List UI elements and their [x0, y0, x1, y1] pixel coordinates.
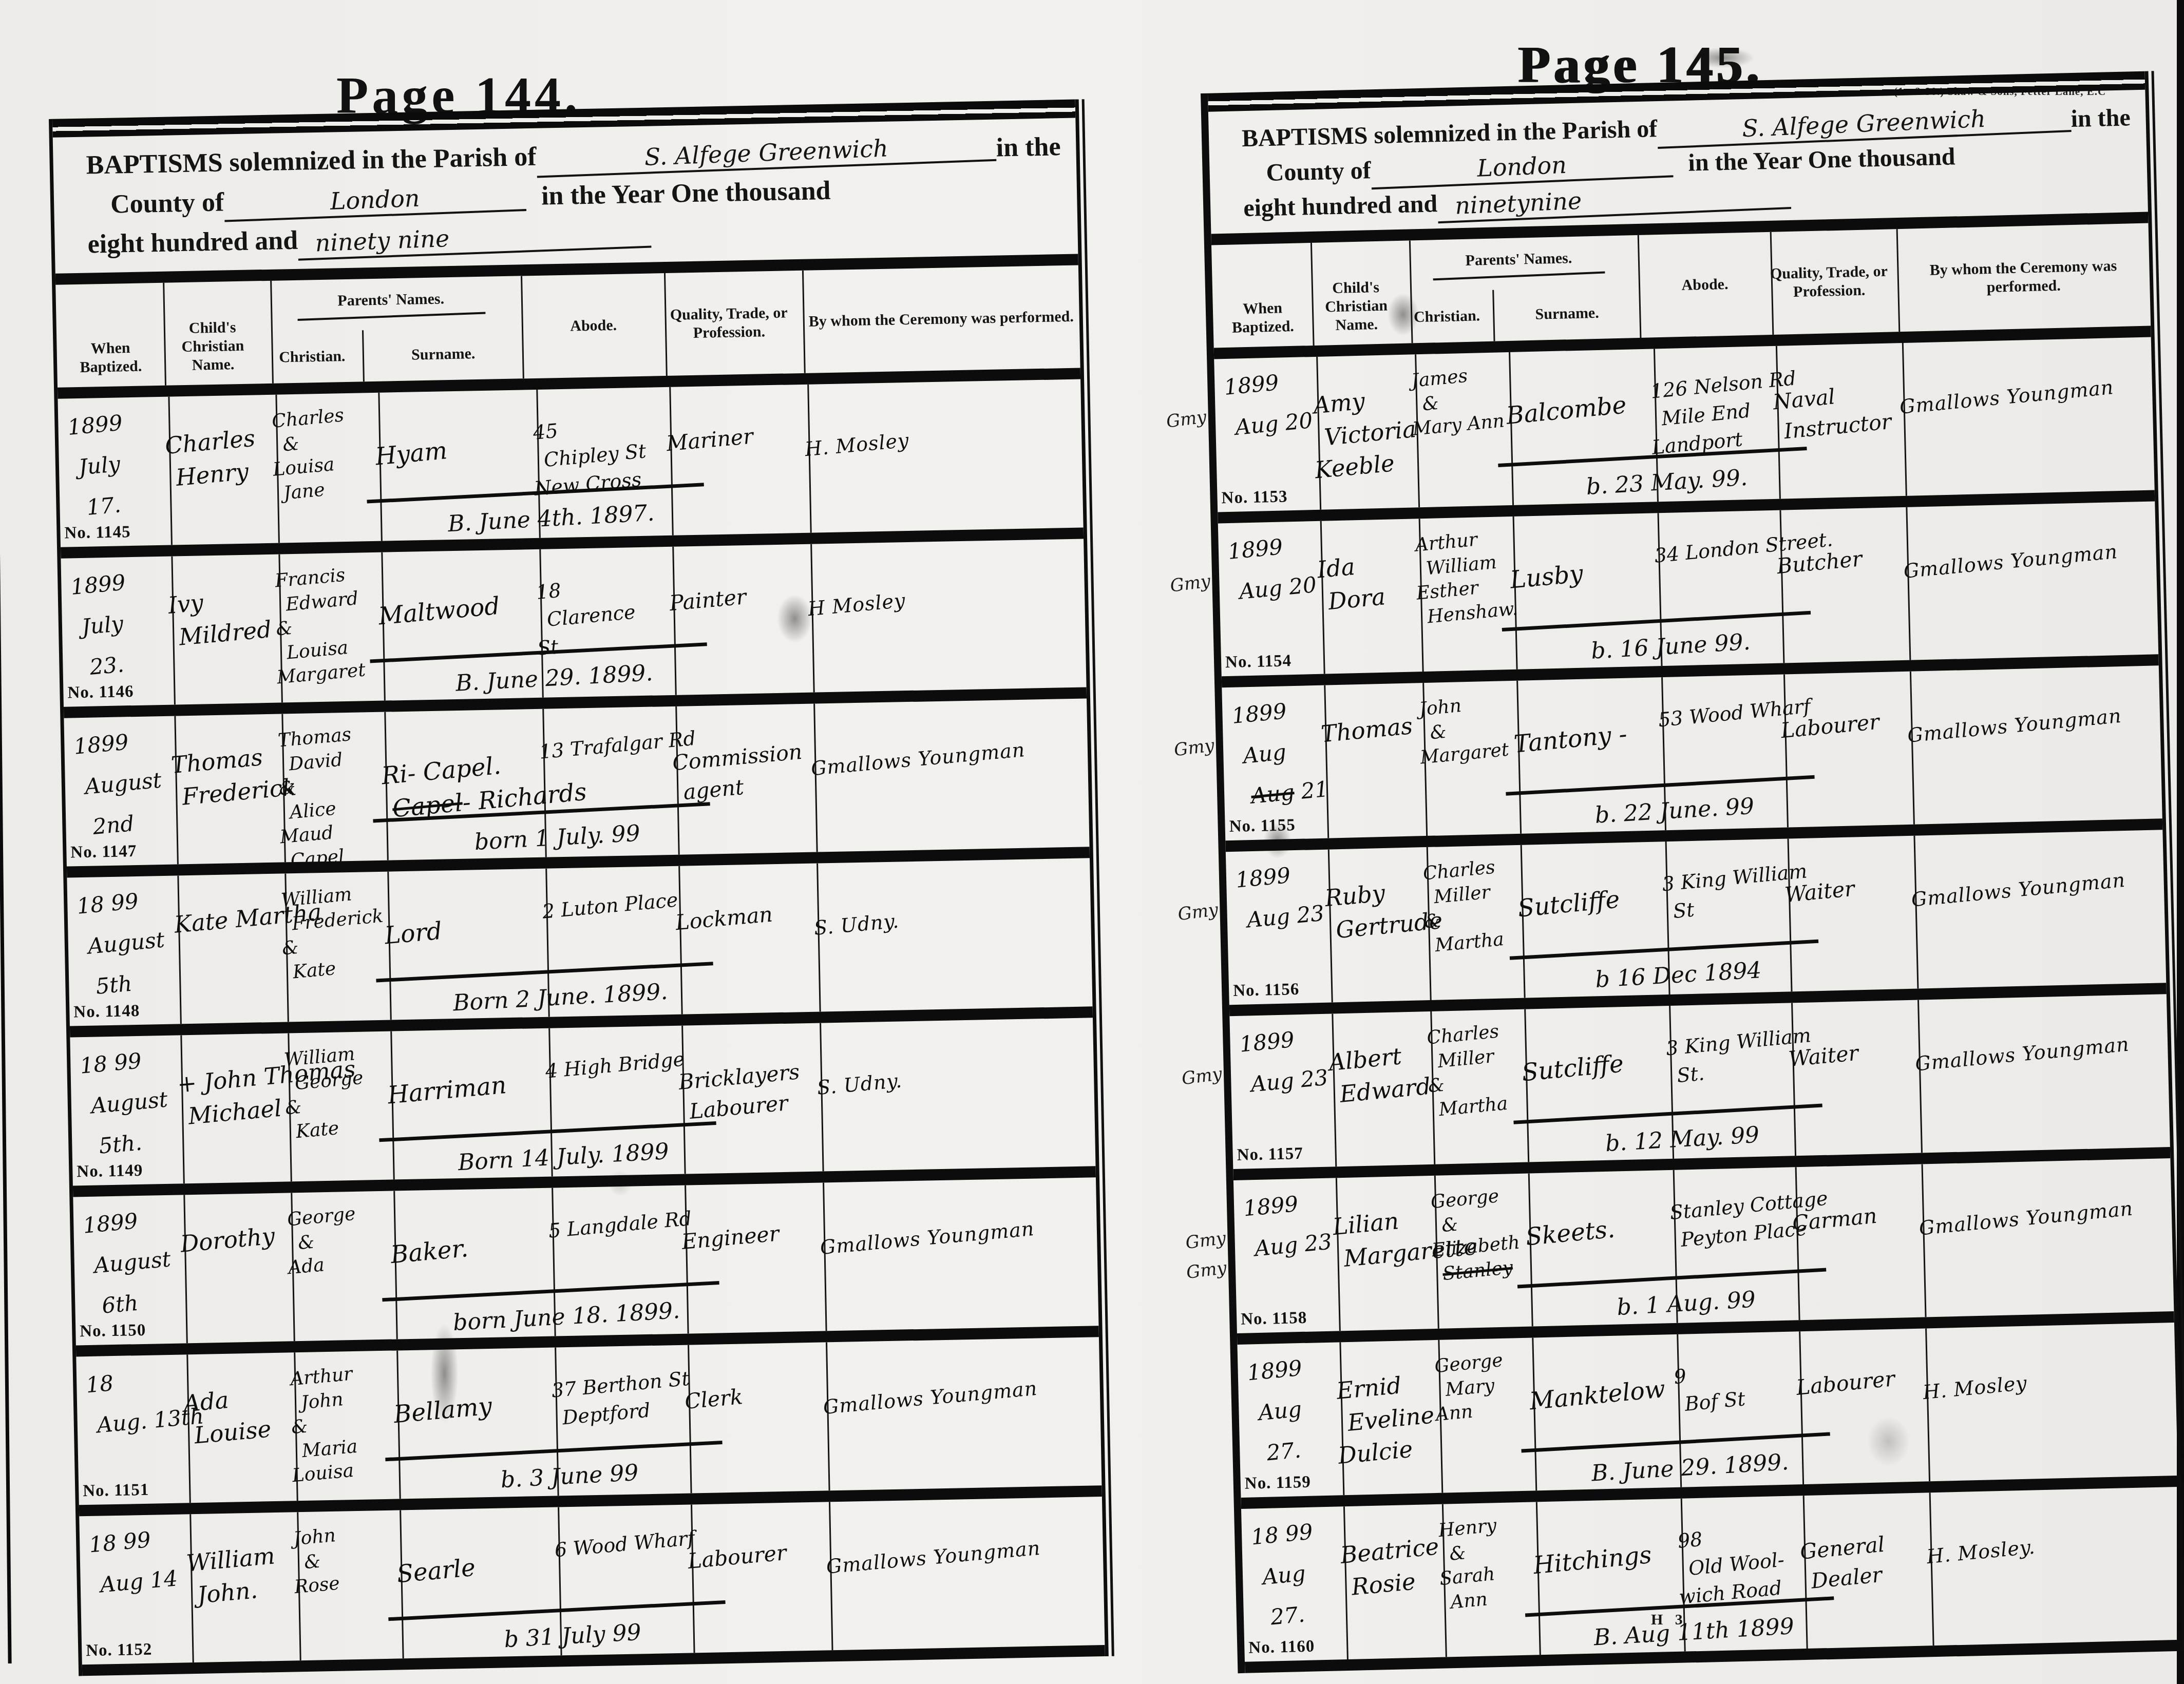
handwritten-line: Aug 14	[99, 1564, 188, 1598]
handwritten-line: Dorothy	[179, 1221, 289, 1258]
col-parents-names: Parents' Names. Christian. Surname.	[260, 276, 525, 384]
baptism-register-page-144: BAPTISMS solemnized in the Parish of S. …	[49, 99, 1109, 1676]
col-abode: Abode.	[1638, 232, 1774, 338]
parents-group-rule	[297, 312, 485, 321]
handwritten-line: Maltwood	[377, 588, 538, 631]
register-row: 1899Aug 20No. 1153AmyVictoriaKeebleJames…	[1214, 337, 2155, 524]
handwritten-line: Labourer	[1795, 1363, 1923, 1401]
handwritten-line: Hyam	[374, 428, 535, 472]
handwritten-line: 2nd	[91, 807, 173, 840]
handwritten-line: Skeets.	[1524, 1209, 1672, 1252]
entry-number: No. 1151	[83, 1481, 149, 1501]
cell-child: + John ThomasMichael	[167, 1033, 293, 1184]
handwritten-line: Mariner	[666, 419, 805, 457]
handwritten-line: Clerk	[684, 1376, 824, 1414]
cell-bywhom: Gmallows Youngman	[1889, 337, 2168, 496]
margin-initials: Gmy	[1181, 1064, 1223, 1089]
handwritten-line: Lusby	[1509, 552, 1656, 595]
handwritten-line: 5th.	[98, 1126, 179, 1160]
handwritten-line: Ada	[182, 1381, 292, 1418]
cell-bywhom: H. Mosley	[794, 379, 1096, 533]
register-row: 1899July23.No. 1146IvyMildredFrancisEdwa…	[61, 539, 1087, 718]
handwritten-line: 1899	[1246, 1352, 1337, 1386]
handwritten-line: Amy	[1312, 383, 1413, 420]
handwritten-line: 18 99	[1250, 1516, 1341, 1550]
entry-number: No. 1145	[64, 523, 131, 543]
heading-printed: in the Year One thousand	[541, 176, 831, 212]
entry-number: No. 1146	[67, 682, 134, 702]
handwritten-line: Aug 20	[1238, 571, 1319, 605]
handwritten-line: 53 Wood Wharf	[1658, 697, 1781, 732]
handwritten-line: Lockman	[675, 897, 814, 935]
handwritten-line: 18	[85, 1364, 184, 1399]
cell-bywhom: Gmallows Youngman	[815, 1497, 1118, 1651]
entry-number: No. 1147	[70, 842, 137, 862]
col-when-baptized: When Baptized.	[1211, 243, 1315, 348]
handwritten-line: 5th	[94, 967, 176, 1000]
handwritten-line: H. Mosley.	[1926, 1521, 2184, 1569]
handwritten-line: Ida	[1316, 547, 1417, 585]
handwritten-line: 5 Langdale Rd	[547, 1208, 682, 1243]
cell-bywhom: Gmallows Youngman	[1908, 1158, 2184, 1317]
handwritten-line: H. Mosley	[804, 412, 1091, 462]
register-row: 1899Aug 23No. 1156RubyGertrudeCharlesMil…	[1226, 830, 2167, 1016]
handwritten-line: July	[81, 606, 169, 640]
register-row: 1899July17.No. 1145CharlesHenryCharles&L…	[58, 379, 1084, 559]
entry-number: No. 1148	[73, 1002, 140, 1022]
handwritten-line: Mildred	[178, 615, 277, 652]
handwritten-line: Peyton Place	[1680, 1218, 1793, 1252]
handwritten-line: Tantony -	[1512, 717, 1660, 759]
handwritten-line: Gmallows Youngman	[825, 1529, 1113, 1579]
handwritten-line: 1899	[66, 406, 165, 441]
heading-printed: in the Year One thousand	[1688, 142, 1955, 177]
handwritten-line: agent	[682, 768, 812, 805]
handwritten-line: 17.	[85, 488, 167, 521]
county-name-handwritten: London	[1371, 146, 1674, 189]
cell-child: WilliamJohn.	[176, 1512, 301, 1663]
register-row: 1899Aug 23No. 1158LilianMargaretteGeorge…	[1233, 1158, 2174, 1345]
handwritten-line: Gmallows Youngman	[1918, 1192, 2181, 1240]
col-by-whom: By whom the Ceremony was performed.	[792, 265, 1090, 373]
handwritten-line: 1899	[1235, 859, 1325, 893]
handwritten-line: Aug	[1242, 736, 1322, 769]
handwritten-line: Keeble	[1314, 448, 1414, 485]
handwritten-line: Lord	[383, 907, 544, 951]
handwritten-line: 1899	[1223, 366, 1314, 400]
handwritten-line: 1899	[1227, 530, 1318, 565]
handwritten-line: Beatrice	[1339, 1533, 1440, 1570]
cell-child: IvyMildred	[158, 554, 283, 705]
cell-bywhom: Gmallows Youngman	[812, 1337, 1115, 1491]
heading-printed: County of	[1266, 156, 1371, 187]
handwritten-line: Gmallows Youngman	[810, 732, 1097, 781]
handwritten-line: Butcher	[1776, 542, 1904, 580]
col-abode: Abode.	[521, 273, 668, 378]
handwritten-line: Thomas	[170, 742, 279, 779]
county-name-handwritten: London	[223, 180, 526, 222]
handwritten-line: Henry	[175, 455, 274, 492]
sheet-signature-mark: H 3	[1651, 1611, 1687, 1629]
handwritten-line: Aug. 13th	[96, 1405, 185, 1439]
cell-bywhom: Gmallows Youngman	[1904, 994, 2183, 1154]
handwritten-line: S. Udny.	[813, 891, 1100, 941]
handwritten-line: 1899	[82, 1204, 181, 1239]
handwritten-line: Victoria	[1323, 415, 1414, 452]
handwritten-line: Waiter	[1787, 1035, 1915, 1072]
handwritten-line: 1899	[69, 565, 168, 600]
handwritten-line: John.	[196, 1573, 295, 1610]
handwritten-line: Bellamy	[392, 1386, 553, 1430]
register-row: 1899August2ndNo. 1147ThomasFrederickThom…	[64, 698, 1090, 877]
handwritten-line: Instructor	[1782, 408, 1901, 444]
parish-name-handwritten: S. Alfege Greenwich	[536, 130, 997, 178]
col-childs-name: Child's Christian Name.	[1300, 240, 1413, 346]
col-quality: Quality, Trade, or Profession.	[654, 271, 806, 376]
handwritten-line: Sutcliffe	[1516, 881, 1664, 924]
handwritten-line: Sutcliffe	[1520, 1045, 1667, 1087]
cell-child: Dorothy	[170, 1193, 296, 1344]
register-row: 1899Aug 23No. 1157AlbertEdwardCharlesMil…	[1229, 994, 2170, 1180]
register-row: 18 99Aug27.No. 1160BeatriceRosieHenry&Sa…	[1241, 1487, 2182, 1673]
handwritten-line: Labourer	[1779, 706, 1908, 743]
handwritten-line: Charles	[164, 423, 273, 461]
heading-printed: BAPTISMS solemnized in the Parish of	[86, 142, 537, 181]
entry-number: No. 1158	[1241, 1309, 1307, 1329]
entry-number: No. 1155	[1229, 816, 1296, 836]
handwritten-line: Deptford	[561, 1395, 686, 1430]
handwritten-line: Albert	[1328, 1040, 1429, 1078]
handwritten-line: 1899	[1242, 1188, 1333, 1222]
handwritten-line: St	[1672, 890, 1786, 924]
handwritten-line: Bof St	[1684, 1382, 1797, 1416]
handwritten-line: Ernid	[1336, 1368, 1436, 1406]
parents-group-label: Parents' Names.	[337, 290, 444, 310]
cell-bywhom: Gmallows Youngman	[1896, 665, 2176, 825]
handwritten-line: Carman	[1791, 1199, 1920, 1236]
handwritten-line: Gmallows Youngman	[822, 1370, 1110, 1419]
handwritten-line: Edward	[1339, 1073, 1429, 1109]
entry-number: No. 1149	[77, 1161, 143, 1181]
cell-bywhom: H Mosley	[797, 539, 1099, 693]
handwritten-line: 6 Wood Wharf	[554, 1527, 688, 1562]
handwritten-line: Gmallows Youngman	[1914, 1028, 2177, 1076]
handwritten-line: Balcombe	[1505, 388, 1652, 431]
cell-bywhom: S. Udny.	[806, 1018, 1109, 1172]
parents-group-label: Parents' Names.	[1465, 249, 1572, 270]
handwritten-line: H. Mosley	[1922, 1356, 2184, 1405]
cell-child: AdaLouise	[173, 1352, 298, 1503]
margin-initials: Gmy	[1176, 900, 1219, 925]
handwritten-line: + John Thomas	[176, 1061, 286, 1099]
col-quality: Quality, Trade, or Profession.	[1759, 229, 1900, 335]
cell-bywhom: Gmallows Youngman	[800, 698, 1103, 852]
handwritten-line: Kate Martha	[173, 902, 282, 939]
handwritten-line: Labourer	[689, 1087, 818, 1124]
handwritten-line: William	[185, 1540, 295, 1578]
handwritten-line: Eveline	[1346, 1401, 1437, 1438]
entry-number: No. 1160	[1248, 1637, 1315, 1658]
handwritten-line: H Mosley	[807, 572, 1094, 621]
handwritten-line: Aug	[1257, 1392, 1338, 1426]
cell-bywhom: Gmallows Youngman	[1900, 830, 2179, 989]
cell-bywhom: H. Mosley	[1912, 1322, 2184, 1482]
handwritten-line: Ivy	[167, 583, 276, 620]
handwritten-line: Louise	[193, 1413, 292, 1450]
entry-number: No. 1152	[86, 1640, 153, 1660]
entry-number: No. 1157	[1237, 1144, 1303, 1165]
col-surname: Surname.	[1493, 286, 1640, 341]
handwritten-line: Gmallows Youngman	[1910, 864, 2174, 912]
handwritten-line: Labourer	[687, 1536, 827, 1574]
handwritten-line: Dora	[1327, 580, 1417, 616]
cell-bywhom: H. Mosley.	[1916, 1486, 2184, 1646]
col-christian: Christian.	[261, 330, 363, 384]
heading-printed: BAPTISMS solemnized in the Parish of	[1241, 114, 1657, 152]
handwritten-line: Thomas	[1320, 712, 1421, 749]
handwritten-line: Lilian	[1332, 1204, 1432, 1241]
scan-edge-left	[0, 128, 12, 1663]
handwritten-line: Aug 23	[1249, 1064, 1330, 1098]
handwritten-line: Manktelow	[1528, 1373, 1675, 1416]
handwritten-line: Margarette	[1343, 1237, 1433, 1273]
heading-printed: County of	[110, 187, 224, 219]
handwritten-line: Aug 23	[1246, 900, 1326, 933]
heading-printed: in the	[2071, 103, 2131, 133]
handwritten-line: S. Udny.	[816, 1051, 1104, 1100]
entries-page-145: 1899Aug 20No. 1153AmyVictoriaKeebleJames…	[1214, 337, 2182, 1673]
handwritten-line: Gmallows Youngman	[1903, 535, 2166, 583]
handwritten-line: Painter	[669, 579, 808, 617]
register-row: 1899August6thNo. 1150DorothyGeorge&AdaBa…	[73, 1177, 1099, 1356]
handwritten-line: Searle	[395, 1546, 556, 1590]
handwritten-line: August	[93, 1245, 182, 1279]
handwritten-line: 2 Luton Place	[541, 888, 676, 924]
handwritten-line: Aug 23	[1254, 1229, 1334, 1262]
handwritten-line: 1899	[72, 725, 172, 760]
handwritten-line: 13 Trafalgar Rd	[538, 729, 673, 764]
cell-child: Kate Martha	[164, 873, 290, 1024]
handwritten-line: 23.	[88, 647, 170, 681]
register-row: 18 99August5th.No. 1149+ John ThomasMich…	[70, 1018, 1096, 1197]
heading-printed: eight hundred and	[1243, 189, 1438, 222]
handwritten-line: Gmallows Youngman	[1906, 699, 2170, 748]
handwritten-line: Dealer	[1810, 1558, 1928, 1594]
handwritten-line: 1899	[1230, 695, 1321, 729]
year-words-handwritten: ninety nine	[297, 217, 652, 261]
handwritten-line: 1899	[1238, 1023, 1329, 1058]
handwritten-line: 18 99	[75, 885, 175, 920]
entries-page-144: 1899July17.No. 1145CharlesHenryCharles&L…	[58, 379, 1105, 1676]
handwritten-line: Aug	[1261, 1557, 1342, 1590]
col-parents-names: Parents' Names. Christian. Surname.	[1399, 235, 1642, 343]
handwritten-line: 18 99	[88, 1523, 187, 1558]
heading-printed: eight hundred and	[87, 225, 298, 260]
handwritten-line: Dulcie	[1337, 1433, 1438, 1470]
heading-printed: in the	[996, 131, 1061, 163]
register-row: 1899Aug27.No. 1159ErnidEvelineDulcieGeor…	[1237, 1323, 2178, 1509]
margin-initials: Gmy	[1184, 1228, 1227, 1254]
cell-child: ThomasFrederick	[161, 714, 287, 865]
handwritten-line: 18 99	[79, 1044, 178, 1079]
handwritten-line: August	[90, 1085, 179, 1119]
entry-number: No. 1150	[80, 1321, 146, 1341]
handwritten-line: Frederick	[181, 775, 280, 811]
cell-child: CharlesHenry	[155, 395, 280, 546]
column-headers: When Baptized. Child's Christian Name. P…	[55, 265, 1080, 388]
register-heading: BAPTISMS solemnized in the Parish of S. …	[1208, 90, 2148, 234]
margin-initials: Gmy	[1173, 735, 1216, 761]
handwritten-line: July	[78, 447, 166, 481]
margin-initials: Gmy	[1185, 1258, 1228, 1284]
handwritten-line: Gmallows Youngman	[1898, 371, 2162, 419]
handwritten-line: 4 High Bridge	[544, 1048, 679, 1083]
handwritten-line: 34 London Street.	[1654, 533, 1777, 568]
handwritten-line: Aug 20	[1234, 407, 1315, 441]
handwritten-line: Waiter	[1783, 870, 1912, 908]
parents-group-rule	[1433, 272, 1605, 281]
col-surname: Surname.	[362, 327, 523, 381]
margin-initials: Gmy	[1169, 571, 1211, 597]
register-row: 18 99August5thNo. 1148Kate MarthaWilliam…	[67, 858, 1093, 1037]
entry-number: No. 1154	[1225, 652, 1292, 672]
handwritten-line: August	[87, 926, 176, 960]
handwritten-line: Hitchings	[1532, 1538, 1679, 1580]
baptism-register-page-145: BAPTISMS solemnized in the Parish of S. …	[1201, 71, 2184, 1674]
handwritten-line: 6th	[101, 1286, 182, 1319]
handwritten-line: August	[84, 766, 173, 800]
handwritten-line: Baker.	[389, 1227, 550, 1270]
col-by-whom: By whom the Ceremony was performed.	[1886, 223, 2161, 332]
entry-number: No. 1153	[1221, 487, 1288, 508]
register-row: 1899AugAug 21No. 1155ThomasJohn&Margaret…	[1222, 665, 2162, 852]
col-childs-name: Child's Christian Name.	[153, 281, 274, 386]
cell-bywhom: Gmallows Youngman	[1892, 501, 2172, 661]
col-christian: Christian.	[1400, 290, 1494, 343]
register-heading: BAPTISMS solemnized in the Parish of S. …	[53, 118, 1078, 274]
handwritten-line: Gmallows Youngman	[819, 1211, 1107, 1260]
handwritten-line: Ruby	[1324, 876, 1425, 913]
handwritten-line: Rosie	[1351, 1565, 1441, 1602]
entry-number: No. 1159	[1244, 1473, 1311, 1494]
col-when-baptized: When Baptized.	[55, 283, 166, 388]
cell-bywhom: S. Udny.	[803, 858, 1106, 1012]
year-words-handwritten: ninetynine	[1437, 178, 1791, 223]
handwritten-line: Engineer	[681, 1217, 821, 1255]
entry-number: No. 1156	[1233, 980, 1300, 1001]
handwritten-line: Gertrude	[1335, 908, 1426, 945]
cell-bywhom: Gmallows Youngman	[809, 1177, 1112, 1331]
handwritten-line: Michael	[187, 1094, 286, 1131]
handwritten-line: St.	[1676, 1054, 1790, 1087]
register-row: 1899Aug 20No. 1154IdaDoraArthurWilliamEs…	[1218, 501, 2159, 687]
register-row: 18Aug. 13thNo. 1151AdaLouiseArthurJohn&M…	[76, 1337, 1102, 1516]
register-row: 18 99Aug 14No. 1152WilliamJohn.John&Rose…	[79, 1497, 1105, 1676]
handwritten-line: Harriman	[386, 1067, 547, 1111]
margin-initials: Gmy	[1165, 407, 1208, 432]
